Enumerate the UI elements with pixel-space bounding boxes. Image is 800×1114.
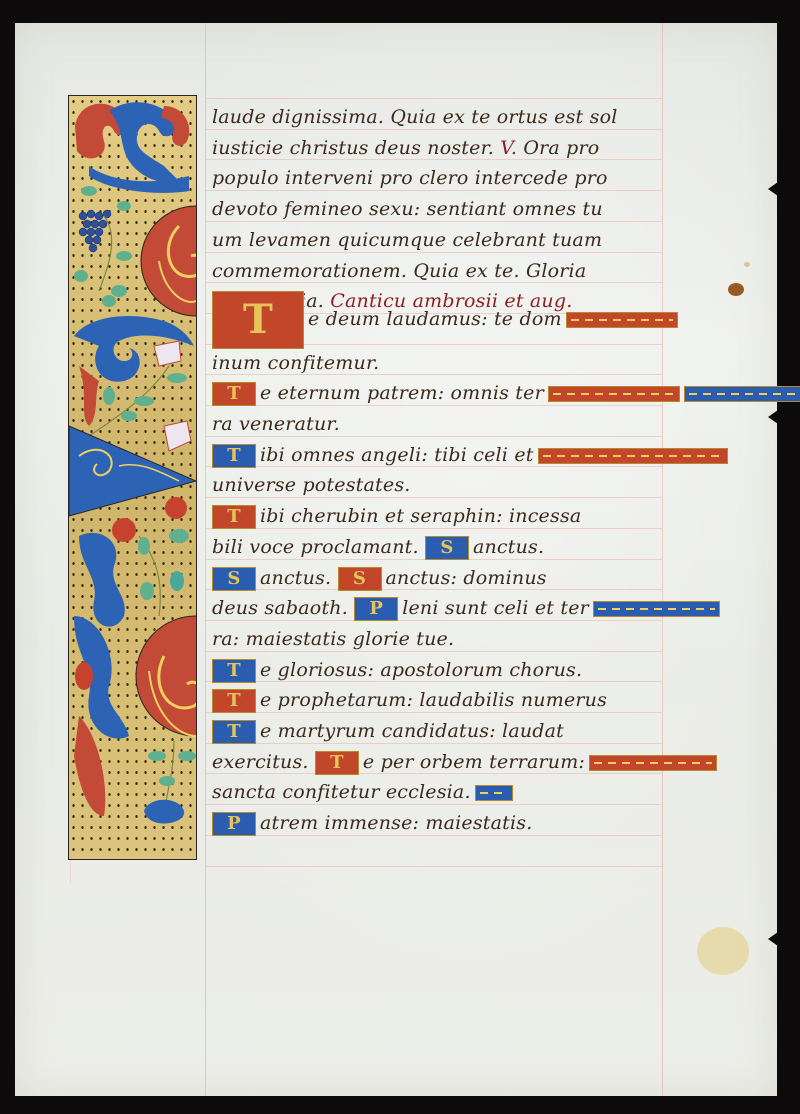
line-text: um levamen quicumque celebrant tuam xyxy=(212,229,602,251)
illuminated-initial: T xyxy=(212,382,256,406)
ruling-vertical-left xyxy=(205,23,206,1096)
line-text: e gloriosus: apostolorum chorus. xyxy=(260,659,582,681)
line-text-after: anctus: dominus xyxy=(386,567,547,589)
line-text: commemorationem. Quia ex te. Gloria xyxy=(212,260,586,282)
illuminated-initial: P xyxy=(354,597,398,621)
line-text: exercitus. xyxy=(212,751,315,773)
illuminated-initial: T xyxy=(212,689,256,713)
illuminated-initial: T xyxy=(212,505,256,529)
illuminated-initial: S xyxy=(425,536,469,560)
text-line: Sanctus. Sanctus: dominus xyxy=(212,563,547,593)
line-text: laude dignissima. Quia ex te ortus est s… xyxy=(212,106,618,128)
stain-brown xyxy=(728,283,744,296)
stain-yellow xyxy=(697,927,749,975)
line-text: atrem immense: maiestatis. xyxy=(260,812,532,834)
line-filler xyxy=(593,601,720,617)
text-line: Te deum laudamus: te dom xyxy=(212,291,678,321)
line-filler xyxy=(684,386,800,402)
ruling-line xyxy=(205,866,663,867)
illuminated-initial: S xyxy=(338,567,382,591)
edge-notch xyxy=(768,410,778,424)
text-line: laude dignissima. Quia ex te ortus est s… xyxy=(212,102,618,132)
line-text: sancta confitetur ecclesia. xyxy=(212,781,471,803)
line-filler xyxy=(538,448,728,464)
ruling-line xyxy=(205,98,663,99)
illuminated-initial: T xyxy=(212,444,256,468)
text-line: devoto femineo sexu: sentiant omnes tu xyxy=(212,194,603,224)
line-text: devoto femineo sexu: sentiant omnes tu xyxy=(212,198,603,220)
text-line: Patrem immense: maiestatis. xyxy=(212,808,532,838)
illuminated-initial: T xyxy=(212,720,256,744)
illuminated-initial: T xyxy=(315,751,359,775)
line-text: universe potestates. xyxy=(212,474,411,496)
line-text: ra veneratur. xyxy=(212,413,340,435)
rubric-text: V. xyxy=(500,137,517,159)
line-text-after: e per orbem terrarum: xyxy=(363,751,585,773)
line-filler xyxy=(566,312,678,328)
text-line: um levamen quicumque celebrant tuam xyxy=(212,225,602,255)
illuminated-initial: S xyxy=(212,567,256,591)
line-text: ibi omnes angeli: tibi celi et xyxy=(260,444,534,466)
edge-notch xyxy=(768,932,778,946)
text-line: Te prophetarum: laudabilis numerus xyxy=(212,685,607,715)
text-line: Tibi omnes angeli: tibi celi et xyxy=(212,440,728,470)
text-line: iusticie christus deus noster. V. Ora pr… xyxy=(212,133,599,163)
illuminated-initial: P xyxy=(212,812,256,836)
text-line: exercitus. Te per orbem terrarum: xyxy=(212,747,717,777)
text-line: Te eternum patrem: omnis ter xyxy=(212,378,800,408)
text-line: commemorationem. Quia ex te. Gloria xyxy=(212,256,586,286)
text-line: ra veneratur. xyxy=(212,409,340,439)
line-filler xyxy=(548,386,680,402)
line-text-after: leni sunt celi et ter xyxy=(402,597,589,619)
line-text: iusticie christus deus noster. xyxy=(212,137,500,159)
edge-notch xyxy=(768,182,778,196)
line-text: populo interveni pro clero intercede pro xyxy=(212,167,608,189)
line-text-after: Ora pro xyxy=(517,137,599,159)
line-text: ra: maiestatis glorie tue. xyxy=(212,628,454,650)
line-filler xyxy=(475,785,513,801)
text-line: Te gloriosus: apostolorum chorus. xyxy=(212,655,582,685)
line-text: e martyrum candidatus: laudat xyxy=(260,720,564,742)
text-line: Te martyrum candidatus: laudat xyxy=(212,716,564,746)
line-text: anctus. xyxy=(260,567,338,589)
illuminated-initial: T xyxy=(212,659,256,683)
stain-small xyxy=(744,262,750,267)
illuminated-initial: T xyxy=(212,291,304,349)
line-filler xyxy=(589,755,717,771)
ruling-vertical-right xyxy=(662,23,663,1096)
text-line: deus sabaoth. Pleni sunt celi et ter xyxy=(212,593,720,623)
line-text: e prophetarum: laudabilis numerus xyxy=(260,689,607,711)
text-line: populo interveni pro clero intercede pro xyxy=(212,163,608,193)
text-line: inum confitemur. xyxy=(212,348,379,378)
text-line: ra: maiestatis glorie tue. xyxy=(212,624,454,654)
text-line: sancta confitetur ecclesia. xyxy=(212,777,513,807)
text-line: universe potestates. xyxy=(212,470,411,500)
line-text: ibi cherubin et seraphin: incessa xyxy=(260,505,581,527)
text-line: Tibi cherubin et seraphin: incessa xyxy=(212,501,581,531)
line-text: inum confitemur. xyxy=(212,352,379,374)
line-text: e eternum patrem: omnis ter xyxy=(260,382,544,404)
line-text: deus sabaoth. xyxy=(212,597,354,619)
illuminated-border xyxy=(68,95,197,860)
text-line: bili voce proclamant. Sanctus. xyxy=(212,532,544,562)
line-text: bili voce proclamant. xyxy=(212,536,425,558)
border-decoration-icon xyxy=(69,96,196,859)
line-text: e deum laudamus: te dom xyxy=(308,308,562,330)
line-text-after: anctus. xyxy=(473,536,544,558)
